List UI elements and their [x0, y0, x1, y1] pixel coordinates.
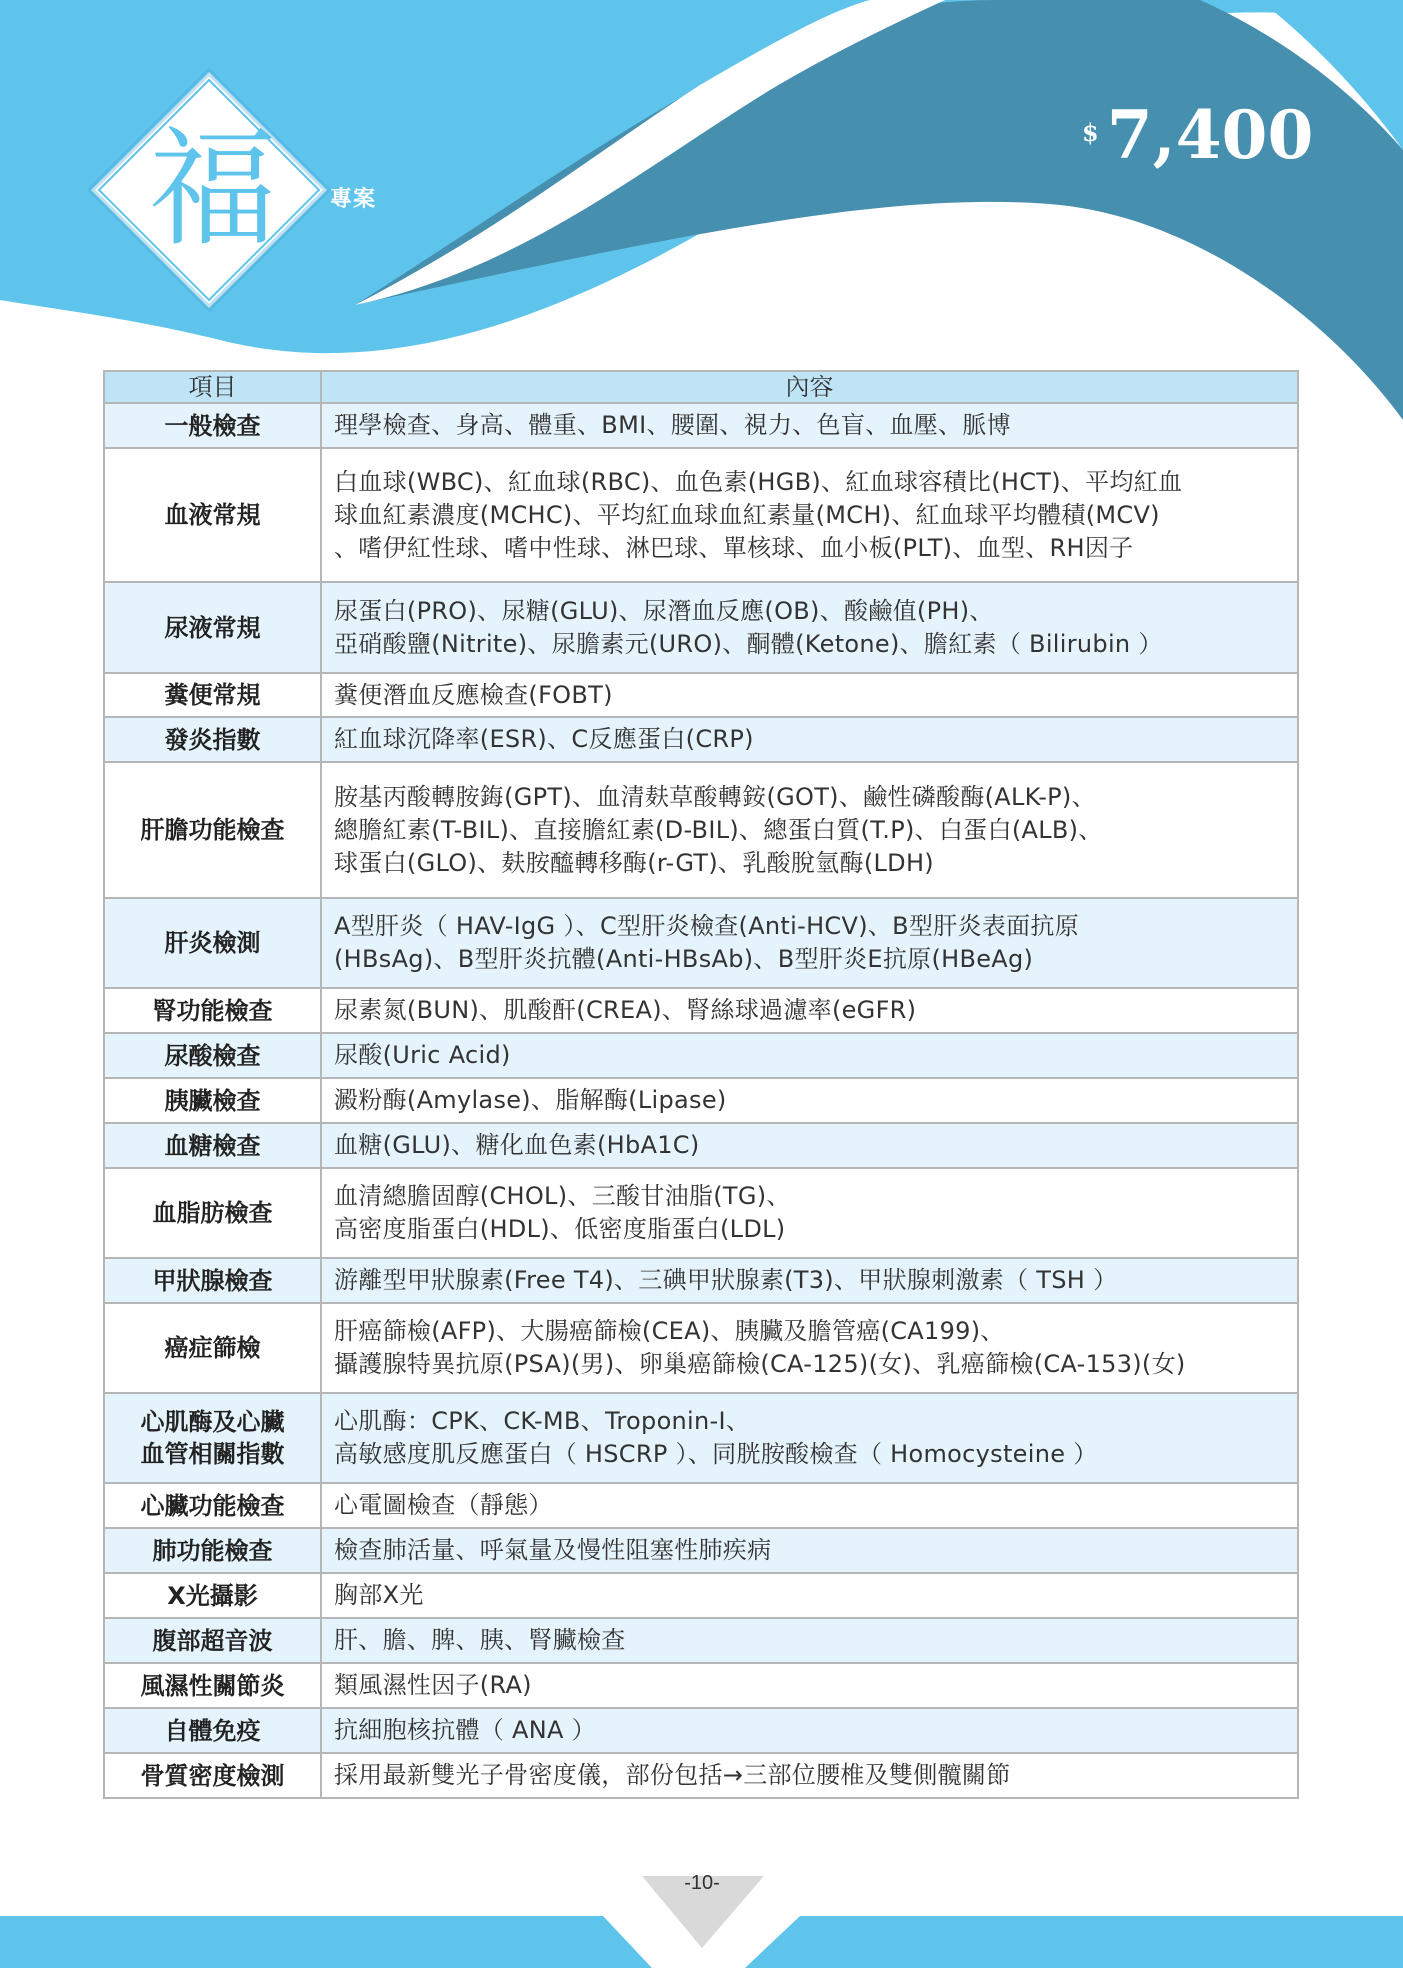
content-line: 胸部X光 — [334, 1579, 1297, 1612]
table-row: 肝膽功能檢查胺基丙酸轉胺鋂(GPT)、血清麸草酸轉銨(GOT)、鹼性磷酸酶(AL… — [104, 762, 1298, 898]
category-line: 肺功能檢查 — [105, 1535, 320, 1567]
category-line: 糞便常規 — [105, 679, 320, 711]
logo-subtitle: 專案 — [330, 182, 376, 213]
table-row: 發炎指數紅血球沉降率(ESR)、C反應蛋白(CRP) — [104, 717, 1298, 762]
table-row: 心臟功能檢查心電圖檢查（靜態） — [104, 1483, 1298, 1528]
table-row: 肝炎檢測A型肝炎（ HAV-IgG ）、C型肝炎檢查(Anti-HCV)、B型肝… — [104, 898, 1298, 988]
row-category: 風濕性關節炎 — [104, 1663, 321, 1708]
row-content: 白血球(WBC)、紅血球(RBC)、血色素(HGB)、紅血球容積比(HCT)、平… — [321, 448, 1298, 582]
table-row: 癌症篩檢肝癌篩檢(AFP)、大腸癌篩檢(CEA)、胰臟及膽管癌(CA199)、攝… — [104, 1303, 1298, 1393]
row-category: 肺功能檢查 — [104, 1528, 321, 1573]
row-category: 一般檢查 — [104, 403, 321, 448]
price-amount: 7,400 — [1107, 96, 1314, 174]
row-category: 癌症篩檢 — [104, 1303, 321, 1393]
row-content: 游離型甲狀腺素(Free T4)、三碘甲狀腺素(T3)、甲狀腺刺激素（ TSH … — [321, 1258, 1298, 1303]
category-line: 心臟功能檢查 — [105, 1490, 320, 1522]
category-line: 腎功能檢查 — [105, 995, 320, 1027]
table-row: 自體免疫抗細胞核抗體（ ANA ） — [104, 1708, 1298, 1753]
content-line: 檢查肺活量、呼氣量及慢性阻塞性肺疾病 — [334, 1534, 1297, 1567]
content-line: 胺基丙酸轉胺鋂(GPT)、血清麸草酸轉銨(GOT)、鹼性磷酸酶(ALK-P)、 — [334, 781, 1297, 814]
row-content: 尿蛋白(PRO)、尿糖(GLU)、尿潛血反應(OB)、酸鹼值(PH)、亞硝酸鹽(… — [321, 582, 1298, 673]
content-line: 總膽紅素(T-BIL)、直接膽紅素(D-BIL)、總蛋白質(T.P)、白蛋白(A… — [334, 814, 1297, 847]
content-line: 心電圖檢查（靜態） — [334, 1489, 1297, 1522]
row-category: 肝膽功能檢查 — [104, 762, 321, 898]
content-line: 白血球(WBC)、紅血球(RBC)、血色素(HGB)、紅血球容積比(HCT)、平… — [334, 466, 1297, 499]
category-line: 肝炎檢測 — [105, 927, 320, 959]
column-header-item: 項目 — [104, 371, 321, 403]
row-content: 檢查肺活量、呼氣量及慢性阻塞性肺疾病 — [321, 1528, 1298, 1573]
table-row: 胰臟檢查澱粉酶(Amylase)、脂解酶(Lipase) — [104, 1078, 1298, 1123]
content-line: 紅血球沉降率(ESR)、C反應蛋白(CRP) — [334, 723, 1297, 756]
row-category: 腹部超音波 — [104, 1618, 321, 1663]
table-row: 腹部超音波肝、膽、脾、胰、腎臟檢查 — [104, 1618, 1298, 1663]
table-row: 肺功能檢查檢查肺活量、呼氣量及慢性阻塞性肺疾病 — [104, 1528, 1298, 1573]
category-line: 風濕性關節炎 — [105, 1670, 320, 1702]
row-category: 尿酸檢查 — [104, 1033, 321, 1078]
row-content: 尿素氮(BUN)、肌酸酐(CREA)、腎絲球過濾率(eGFR) — [321, 988, 1298, 1033]
row-category: 心臟功能檢查 — [104, 1483, 321, 1528]
row-content: 肝癌篩檢(AFP)、大腸癌篩檢(CEA)、胰臟及膽管癌(CA199)、攝護腺特異… — [321, 1303, 1298, 1393]
content-line: 心肌酶：CPK、CK-MB、Troponin-I、 — [334, 1405, 1297, 1438]
row-category: 血脂肪檢查 — [104, 1168, 321, 1258]
table-row: 風濕性關節炎類風濕性因子(RA) — [104, 1663, 1298, 1708]
table-row: 尿液常規尿蛋白(PRO)、尿糖(GLU)、尿潛血反應(OB)、酸鹼值(PH)、亞… — [104, 582, 1298, 673]
category-line: 甲狀腺檢查 — [105, 1265, 320, 1297]
row-content: 類風濕性因子(RA) — [321, 1663, 1298, 1708]
exam-items-table: 項目 內容 一般檢查理學檢查、身高、體重、BMI、腰圍、視力、色盲、血壓、脈博血… — [103, 370, 1299, 1799]
row-category: 血液常規 — [104, 448, 321, 582]
category-line: 血液常規 — [105, 499, 320, 531]
row-content: 血糖(GLU)、糖化血色素(HbA1C) — [321, 1123, 1298, 1168]
content-line: 攝護腺特異抗原(PSA)(男)、卵巢癌篩檢(CA-125)(女)、乳癌篩檢(CA… — [334, 1348, 1297, 1381]
table-row: 尿酸檢查尿酸(Uric Acid) — [104, 1033, 1298, 1078]
content-line: 抗細胞核抗體（ ANA ） — [334, 1714, 1297, 1747]
column-header-content: 內容 — [321, 371, 1298, 403]
row-category: 肝炎檢測 — [104, 898, 321, 988]
category-line: 尿酸檢查 — [105, 1040, 320, 1072]
content-line: (HBsAg)、B型肝炎抗體(Anti-HBsAb)、B型肝炎E抗原(HBeAg… — [334, 943, 1297, 976]
content-line: 理學檢查、身高、體重、BMI、腰圍、視力、色盲、血壓、脈博 — [334, 409, 1297, 442]
table-row: 血糖檢查血糖(GLU)、糖化血色素(HbA1C) — [104, 1123, 1298, 1168]
table-row: 骨質密度檢測採用最新雙光子骨密度儀，部份包括→三部位腰椎及雙側髖關節 — [104, 1753, 1298, 1798]
table-row: 甲狀腺檢查游離型甲狀腺素(Free T4)、三碘甲狀腺素(T3)、甲狀腺刺激素（… — [104, 1258, 1298, 1303]
content-line: 尿素氮(BUN)、肌酸酐(CREA)、腎絲球過濾率(eGFR) — [334, 994, 1297, 1027]
row-content: 胸部X光 — [321, 1573, 1298, 1618]
content-line: A型肝炎（ HAV-IgG ）、C型肝炎檢查(Anti-HCV)、B型肝炎表面抗… — [334, 910, 1297, 943]
content-line: 高敏感度肌反應蛋白（ HSCRP ）、同胱胺酸檢查（ Homocysteine … — [334, 1438, 1297, 1471]
content-line: 亞硝酸鹽(Nitrite)、尿膽素元(URO)、酮體(Ketone)、膽紅素（ … — [334, 628, 1297, 661]
row-category: 自體免疫 — [104, 1708, 321, 1753]
category-line: 骨質密度檢測 — [105, 1760, 320, 1792]
row-content: 心肌酶：CPK、CK-MB、Troponin-I、高敏感度肌反應蛋白（ HSCR… — [321, 1393, 1298, 1483]
row-category: 甲狀腺檢查 — [104, 1258, 321, 1303]
row-category: 骨質密度檢測 — [104, 1753, 321, 1798]
row-content: 澱粉酶(Amylase)、脂解酶(Lipase) — [321, 1078, 1298, 1123]
content-line: 血糖(GLU)、糖化血色素(HbA1C) — [334, 1129, 1297, 1162]
content-line: 澱粉酶(Amylase)、脂解酶(Lipase) — [334, 1084, 1297, 1117]
category-line: 癌症篩檢 — [105, 1332, 320, 1364]
category-line: 尿液常規 — [105, 612, 320, 644]
row-content: A型肝炎（ HAV-IgG ）、C型肝炎檢查(Anti-HCV)、B型肝炎表面抗… — [321, 898, 1298, 988]
row-content: 血清總膽固醇(CHOL)、三酸甘油脂(TG)、高密度脂蛋白(HDL)、低密度脂蛋… — [321, 1168, 1298, 1258]
table-row: 血脂肪檢查血清總膽固醇(CHOL)、三酸甘油脂(TG)、高密度脂蛋白(HDL)、… — [104, 1168, 1298, 1258]
category-line: 腹部超音波 — [105, 1625, 320, 1657]
category-line: 血脂肪檢查 — [105, 1197, 320, 1229]
content-line: 肝癌篩檢(AFP)、大腸癌篩檢(CEA)、胰臟及膽管癌(CA199)、 — [334, 1315, 1297, 1348]
content-line: 糞便潛血反應檢查(FOBT) — [334, 679, 1297, 712]
table-row: X光攝影胸部X光 — [104, 1573, 1298, 1618]
category-line: 胰臟檢查 — [105, 1085, 320, 1117]
content-line: 採用最新雙光子骨密度儀，部份包括→三部位腰椎及雙側髖關節 — [334, 1759, 1297, 1792]
table-header-row: 項目 內容 — [104, 371, 1298, 403]
row-content: 胺基丙酸轉胺鋂(GPT)、血清麸草酸轉銨(GOT)、鹼性磷酸酶(ALK-P)、總… — [321, 762, 1298, 898]
row-category: 胰臟檢查 — [104, 1078, 321, 1123]
category-line: 發炎指數 — [105, 724, 320, 756]
row-category: 尿液常規 — [104, 582, 321, 673]
row-category: 腎功能檢查 — [104, 988, 321, 1033]
row-category: 心肌酶及心臟血管相關指數 — [104, 1393, 321, 1483]
table-row: 糞便常規糞便潛血反應檢查(FOBT) — [104, 673, 1298, 717]
row-content: 紅血球沉降率(ESR)、C反應蛋白(CRP) — [321, 717, 1298, 762]
logo-character: 福 — [138, 115, 288, 265]
row-category: 發炎指數 — [104, 717, 321, 762]
table-row: 腎功能檢查尿素氮(BUN)、肌酸酐(CREA)、腎絲球過濾率(eGFR) — [104, 988, 1298, 1033]
content-line: 球血紅素濃度(MCHC)、平均紅血球血紅素量(MCH)、紅血球平均體積(MCV) — [334, 499, 1297, 532]
content-line: 肝、膽、脾、胰、腎臟檢查 — [334, 1624, 1297, 1657]
row-content: 糞便潛血反應檢查(FOBT) — [321, 673, 1298, 717]
row-category: X光攝影 — [104, 1573, 321, 1618]
bottom-band — [0, 1916, 652, 1968]
row-content: 理學檢查、身高、體重、BMI、腰圍、視力、色盲、血壓、脈博 — [321, 403, 1298, 448]
content-line: 球蛋白(GLO)、麸胺醯轉移酶(r-GT)、乳酸脫氫酶(LDH) — [334, 847, 1297, 880]
price-currency: $ — [1082, 118, 1099, 147]
content-line: 游離型甲狀腺素(Free T4)、三碘甲狀腺素(T3)、甲狀腺刺激素（ TSH … — [334, 1264, 1297, 1297]
row-content: 採用最新雙光子骨密度儀，部份包括→三部位腰椎及雙側髖關節 — [321, 1753, 1298, 1798]
table-row: 心肌酶及心臟血管相關指數心肌酶：CPK、CK-MB、Troponin-I、高敏感… — [104, 1393, 1298, 1483]
content-line: 血清總膽固醇(CHOL)、三酸甘油脂(TG)、 — [334, 1180, 1297, 1213]
category-line: 肝膽功能檢查 — [105, 814, 320, 846]
category-line: 心肌酶及心臟 — [105, 1406, 320, 1438]
category-line: X光攝影 — [105, 1580, 320, 1612]
row-content: 肝、膽、脾、胰、腎臟檢查 — [321, 1618, 1298, 1663]
category-line: 血管相關指數 — [105, 1438, 320, 1470]
category-line: 自體免疫 — [105, 1715, 320, 1747]
content-line: 高密度脂蛋白(HDL)、低密度脂蛋白(LDL) — [334, 1213, 1297, 1246]
content-line: 尿酸(Uric Acid) — [334, 1039, 1297, 1072]
package-price: $7,400 — [1082, 96, 1313, 174]
category-line: 一般檢查 — [105, 410, 320, 442]
row-content: 尿酸(Uric Acid) — [321, 1033, 1298, 1078]
bottom-band-right — [745, 1916, 1403, 1968]
category-line: 血糖檢查 — [105, 1130, 320, 1162]
row-category: 糞便常規 — [104, 673, 321, 717]
table-row: 一般檢查理學檢查、身高、體重、BMI、腰圍、視力、色盲、血壓、脈博 — [104, 403, 1298, 448]
content-line: 、嗜伊紅性球、嗜中性球、淋巴球、單核球、血小板(PLT)、血型、RH因子 — [334, 532, 1297, 565]
row-content: 抗細胞核抗體（ ANA ） — [321, 1708, 1298, 1753]
row-content: 心電圖檢查（靜態） — [321, 1483, 1298, 1528]
content-line: 尿蛋白(PRO)、尿糖(GLU)、尿潛血反應(OB)、酸鹼值(PH)、 — [334, 595, 1297, 628]
content-line: 類風濕性因子(RA) — [334, 1669, 1297, 1702]
table-row: 血液常規白血球(WBC)、紅血球(RBC)、血色素(HGB)、紅血球容積比(HC… — [104, 448, 1298, 582]
row-category: 血糖檢查 — [104, 1123, 321, 1168]
page-number: -10- — [680, 1872, 724, 1895]
